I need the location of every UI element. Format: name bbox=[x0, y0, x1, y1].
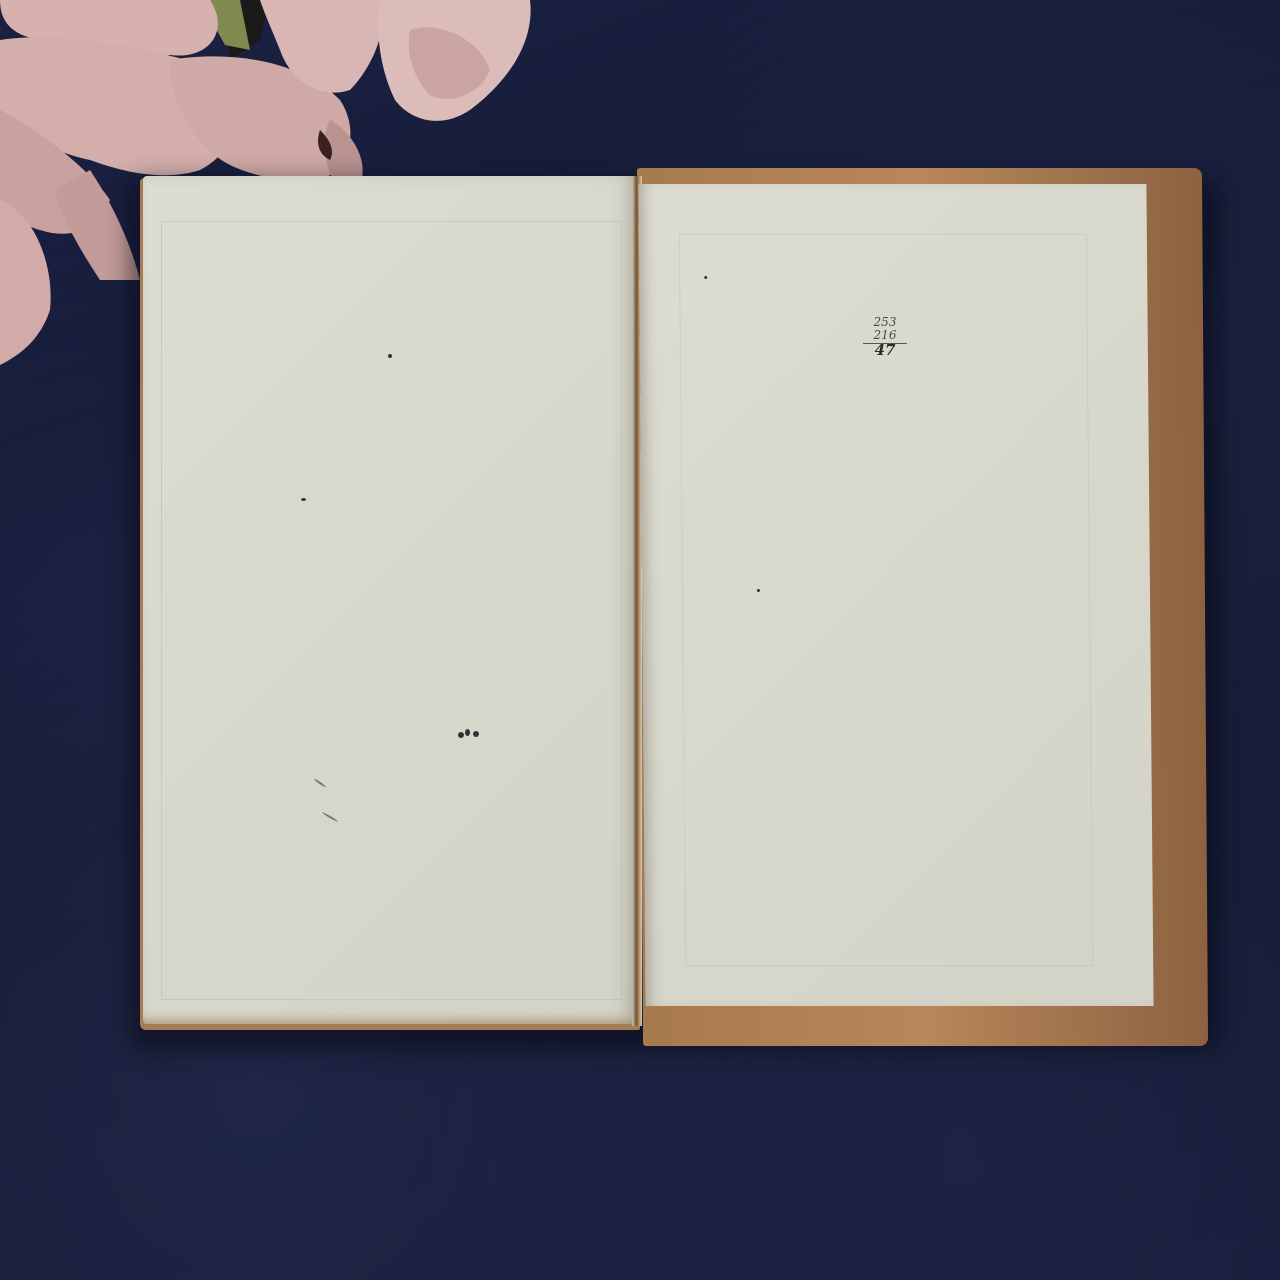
ink-speck bbox=[388, 354, 392, 358]
ink-speck bbox=[301, 498, 306, 501]
left-endpaper bbox=[143, 176, 636, 1024]
pencil-calculation-note: 253 216 47 bbox=[855, 316, 915, 357]
ink-smudge bbox=[458, 732, 464, 738]
scratch-mark bbox=[314, 778, 327, 788]
ink-smudge bbox=[473, 731, 479, 737]
ink-speck bbox=[757, 589, 760, 592]
scratch-mark bbox=[322, 812, 339, 823]
ink-speck bbox=[704, 276, 707, 279]
ink-smudge bbox=[465, 729, 470, 736]
pencil-number-47: 47 bbox=[855, 344, 915, 357]
right-endpaper bbox=[638, 184, 1153, 1006]
